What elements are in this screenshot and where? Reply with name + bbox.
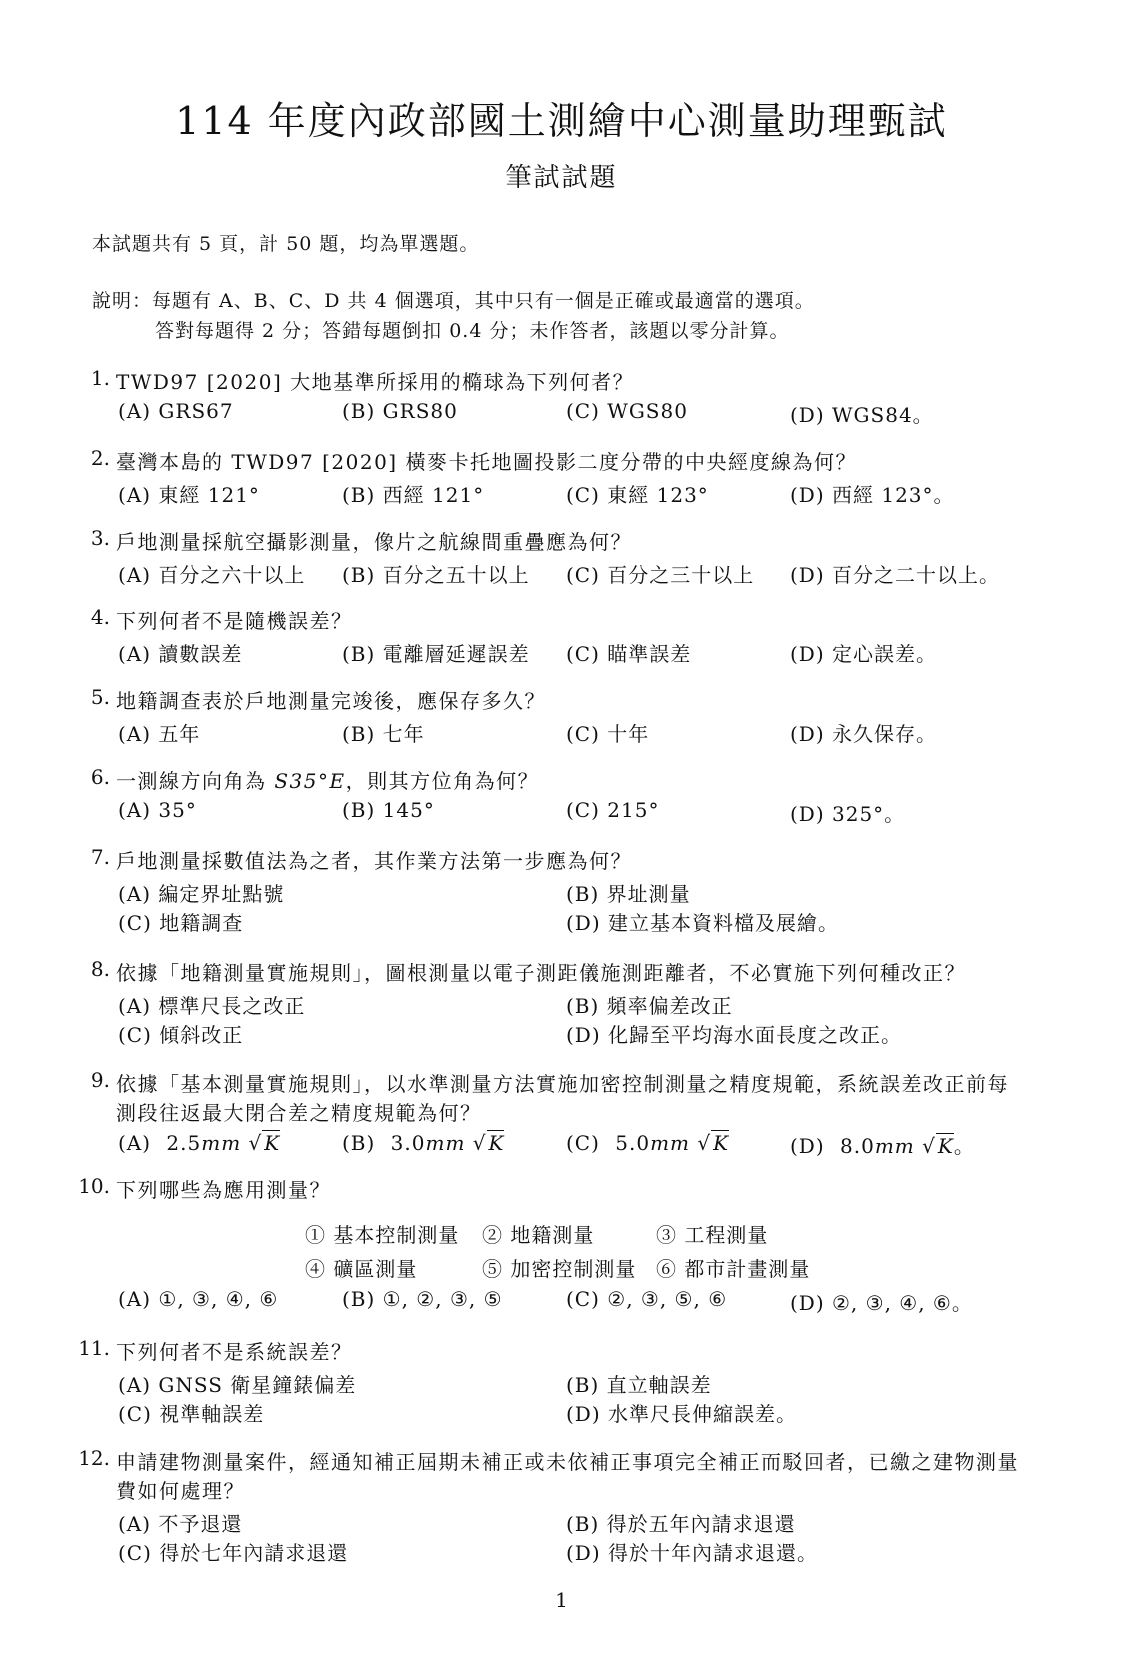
option-label: (C) xyxy=(566,1131,600,1155)
sqrt-operand: K xyxy=(711,1130,729,1155)
option-value: 5.0 xyxy=(615,1131,650,1155)
option-a: (A) 35° xyxy=(118,798,197,822)
option-b: (B) 得於五年內請求退還 xyxy=(566,1508,796,1537)
question-text: 戶地測量採數值法為之者，其作業方法第一步應為何？ xyxy=(116,845,632,874)
option-c: (C) 視準軸誤差 xyxy=(118,1398,264,1427)
question-text: 下列何者不是隨機誤差？ xyxy=(116,605,353,634)
option-d: (D) 化歸至平均海水面長度之改正。 xyxy=(566,1019,902,1048)
option-d: (D) 325°。 xyxy=(790,798,905,827)
option-c: (C) 地籍調查 xyxy=(118,907,243,936)
item-5: ⑤ 加密控制測量 xyxy=(482,1253,636,1282)
option-b: (B) 145° xyxy=(342,798,435,822)
sqrt-operand: K xyxy=(487,1130,505,1155)
option-d: (D) 水準尺長伸縮誤差。 xyxy=(566,1398,797,1427)
option-b: (B) 百分之五十以上 xyxy=(342,559,530,588)
question-text: 下列何者不是系統誤差？ xyxy=(116,1336,353,1365)
option-d: (D) 永久保存。 xyxy=(790,718,937,747)
question-text: 下列哪些為應用測量？ xyxy=(116,1174,331,1203)
option-a: (A) 2.5mm √K xyxy=(118,1130,280,1155)
sqrt-operand: K xyxy=(262,1130,280,1155)
option-c: (C) ②, ③, ⑤, ⑥ xyxy=(566,1287,727,1311)
question-number: 6. xyxy=(0,765,110,789)
question-text: 戶地測量採航空攝影測量，像片之航線間重疊應為何？ xyxy=(116,526,632,555)
option-a: (A) 不予退還 xyxy=(118,1508,242,1537)
option-d: (D) 定心誤差。 xyxy=(790,638,937,667)
instructions-line-2: 答對每題得 2 分；答錯每題倒扣 0.4 分；未作答者，該題以零分計算。 xyxy=(155,316,789,343)
option-b: (B) GRS80 xyxy=(342,399,458,423)
option-a: (A) ①, ③, ④, ⑥ xyxy=(118,1287,278,1311)
unit: mm xyxy=(875,1134,915,1158)
option-b: (B) 3.0mm √K xyxy=(342,1130,504,1155)
option-d: (D) 8.0mm √K。 xyxy=(790,1130,975,1159)
exam-title: 114 年度內政部國土測繪中心測量助理甄試 xyxy=(0,90,1123,145)
item-2: ② 地籍測量 xyxy=(482,1219,594,1248)
option-a: (A) 讀數誤差 xyxy=(118,638,242,667)
option-d: (D) 西經 123°。 xyxy=(790,479,955,508)
item-6: ⑥ 都市計畫測量 xyxy=(656,1253,810,1282)
option-value: 3.0 xyxy=(391,1131,426,1155)
option-a: (A) 東經 121° xyxy=(118,479,260,508)
question-text-line-1: 依據「基本測量實施規則」，以水準測量方法實施加密控制測量之精度規範，系統誤差改正… xyxy=(116,1068,1009,1097)
option-c: (C) 瞄準誤差 xyxy=(566,638,691,667)
question-text-line-2: 費如何處理？ xyxy=(116,1475,245,1504)
option-label: (A) xyxy=(118,1131,151,1155)
bearing-expression: S35°E xyxy=(274,769,345,793)
option-a: (A) GNSS 衛星鐘錶偏差 xyxy=(118,1369,356,1398)
option-b: (B) ①, ②, ③, ⑤ xyxy=(342,1287,503,1311)
option-c: (C) 215° xyxy=(566,798,659,822)
option-suffix: 。 xyxy=(954,1134,975,1158)
question-number: 9. xyxy=(0,1068,110,1092)
option-c: (C) 5.0mm √K xyxy=(566,1130,729,1155)
question-number: 8. xyxy=(0,957,110,981)
question-number: 12. xyxy=(0,1446,110,1470)
option-c: (C) 傾斜改正 xyxy=(118,1019,243,1048)
unit: mm xyxy=(425,1131,465,1155)
instructions-line-1: 說明：每題有 A、B、C、D 共 4 個選項，其中只有一個是正確或最適當的選項。 xyxy=(92,286,815,313)
question-text-line-2: 測段往返最大閉合差之精度規範為何？ xyxy=(116,1097,482,1126)
question-number: 3. xyxy=(0,526,110,550)
question-text: TWD97 [2020] 大地基準所採用的橢球為下列何者？ xyxy=(116,366,634,395)
option-d: (D) 百分之二十以上。 xyxy=(790,559,1000,588)
question-number: 2. xyxy=(0,446,110,470)
option-a: (A) 百分之六十以上 xyxy=(118,559,305,588)
option-d: (D) 得於十年內請求退還。 xyxy=(566,1537,818,1566)
option-c: (C) 十年 xyxy=(566,718,649,747)
sqrt-operand: K xyxy=(936,1133,954,1158)
question-number: 11. xyxy=(0,1336,110,1360)
option-a: (A) 五年 xyxy=(118,718,200,747)
question-text: 一測線方向角為 S35°E，則其方位角為何？ xyxy=(116,765,539,794)
question-text: 依據「地籍測量實施規則」，圖根測量以電子測距儀施測距離者，不必實施下列何種改正？ xyxy=(116,957,966,986)
option-a: (A) 標準尺長之改正 xyxy=(118,990,305,1019)
item-4: ④ 礦區測量 xyxy=(305,1253,417,1282)
option-c: (C) WGS80 xyxy=(566,399,688,423)
option-a: (A) GRS67 xyxy=(118,399,234,423)
option-label: (D) xyxy=(790,1134,825,1158)
question-number: 7. xyxy=(0,845,110,869)
question-text-line-1: 申請建物測量案件，經通知補正屆期未補正或未依補正事項完全補正而駁回者，已繳之建物… xyxy=(116,1446,1019,1475)
question-text: 臺灣本島的 TWD97 [2020] 橫麥卡托地圖投影二度分帶的中央經度線為何？ xyxy=(116,446,857,475)
page-number: 1 xyxy=(0,1588,1123,1612)
question-number: 1. xyxy=(0,366,110,390)
option-b: (B) 七年 xyxy=(342,718,425,747)
unit: mm xyxy=(650,1131,690,1155)
question-number: 4. xyxy=(0,605,110,629)
option-c: (C) 得於七年內請求退還 xyxy=(118,1537,348,1566)
option-c: (C) 百分之三十以上 xyxy=(566,559,754,588)
option-b: (B) 直立軸誤差 xyxy=(566,1369,712,1398)
option-b: (B) 電離層延遲誤差 xyxy=(342,638,530,667)
unit: mm xyxy=(201,1131,241,1155)
option-b: (B) 頻率偏差改正 xyxy=(566,990,733,1019)
item-3: ③ 工程測量 xyxy=(656,1219,768,1248)
option-d: (D) WGS84。 xyxy=(790,399,934,428)
option-value: 8.0 xyxy=(840,1134,875,1158)
option-d: (D) 建立基本資料檔及展繪。 xyxy=(566,907,839,936)
option-d: (D) ②, ③, ④, ⑥。 xyxy=(790,1287,973,1316)
question-text: 地籍調查表於戶地測量完竣後，應保存多久？ xyxy=(116,685,546,714)
exam-intro: 本試題共有 5 頁，計 50 題，均為單選題。 xyxy=(92,229,479,256)
option-b: (B) 界址測量 xyxy=(566,878,691,907)
question-number: 5. xyxy=(0,685,110,709)
option-b: (B) 西經 121° xyxy=(342,479,484,508)
question-text-post: ，則其方位角為何？ xyxy=(346,769,540,793)
option-a: (A) 編定界址點號 xyxy=(118,878,284,907)
question-text-pre: 一測線方向角為 xyxy=(116,769,274,793)
option-c: (C) 東經 123° xyxy=(566,479,709,508)
option-label: (B) xyxy=(342,1131,375,1155)
question-number: 10. xyxy=(0,1174,110,1198)
item-1: ① 基本控制測量 xyxy=(305,1219,459,1248)
option-value: 2.5 xyxy=(166,1131,201,1155)
exam-subtitle: 筆試試題 xyxy=(0,157,1123,194)
